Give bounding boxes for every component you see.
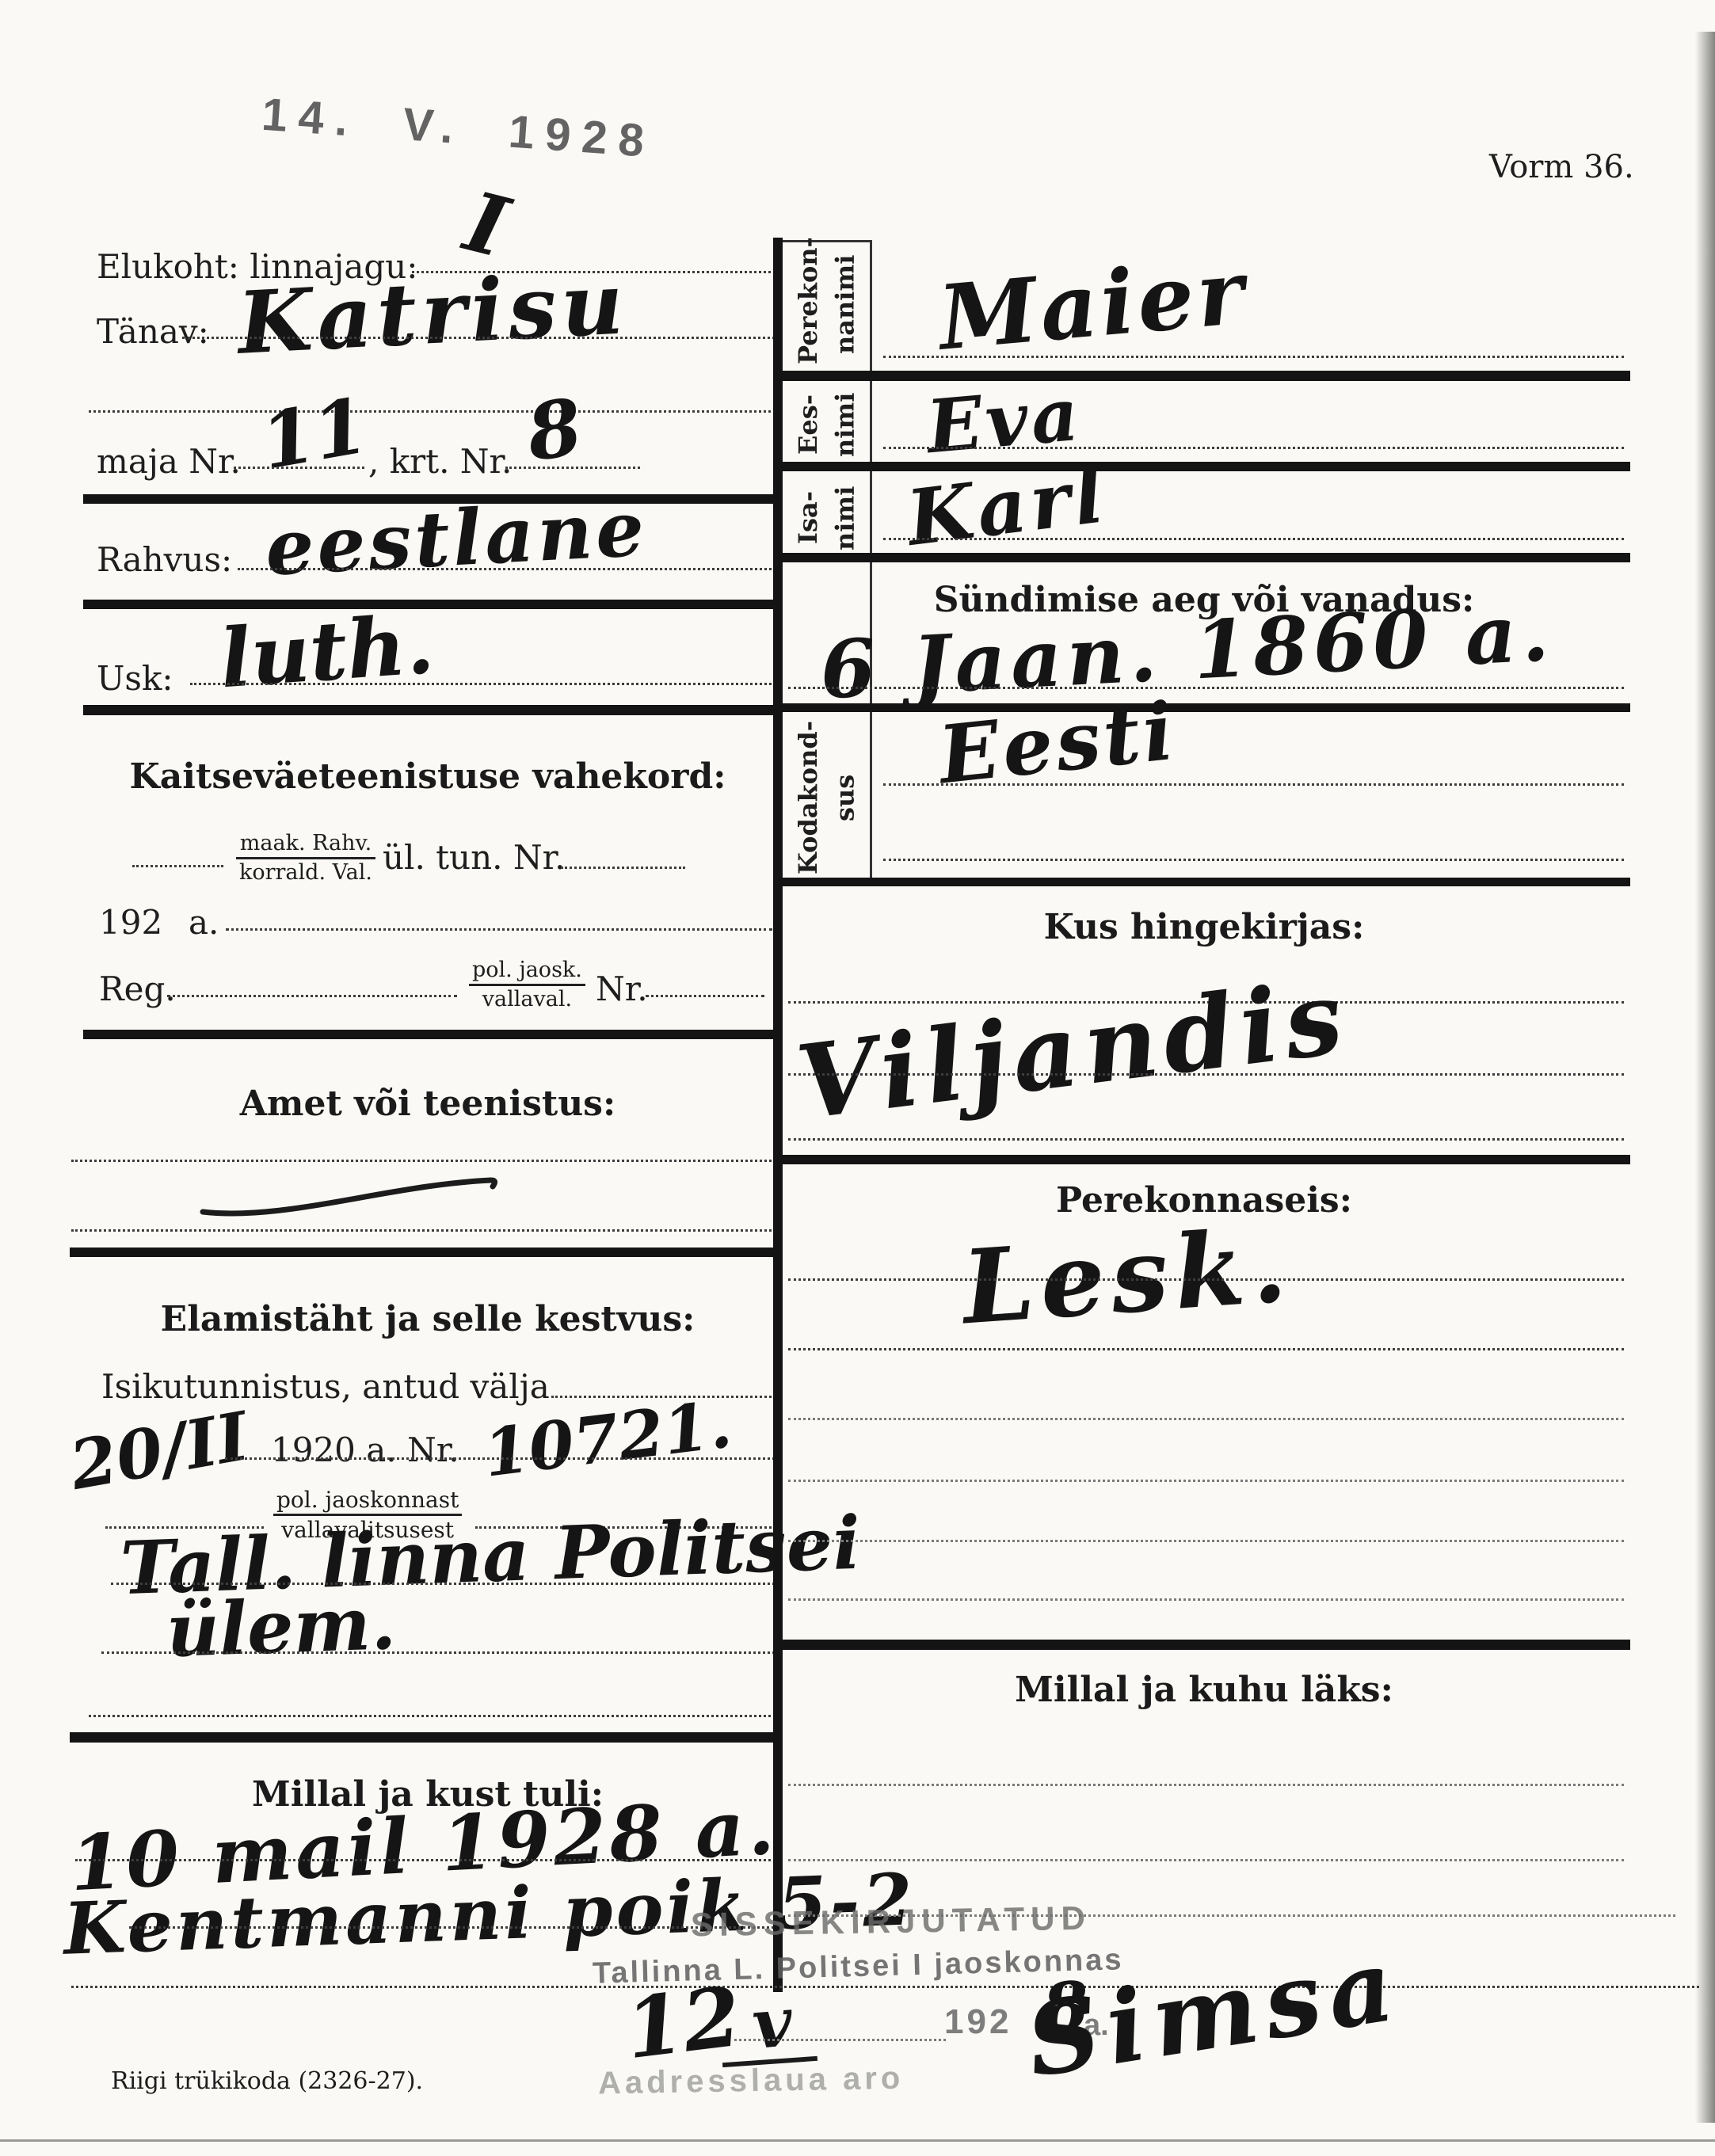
dotted-line: [734, 2039, 946, 2041]
dotted-line: [883, 356, 1624, 358]
section-rule: [83, 600, 780, 609]
kus-heading: Kus hingekirjas:: [808, 907, 1600, 947]
isikutunnistus-label: Isikutunnistus, antud välja: [101, 1367, 550, 1406]
dotted-line: [505, 467, 640, 469]
dotted-line: [788, 1348, 1624, 1350]
dotted-line: [234, 467, 364, 469]
pol-jaosk-fraction: pol. jaosk. vallaval.: [469, 957, 585, 1013]
dotted-line: [788, 687, 1624, 689]
dotted-line: [883, 859, 1624, 861]
usk-label: Usk:: [97, 659, 173, 698]
dotted-line: [225, 1457, 779, 1460]
dotted-line: [883, 783, 1624, 786]
tanav-label: Tänav:: [97, 312, 209, 351]
reg-nr-label: Nr.: [596, 969, 648, 1008]
dotted-line: [182, 337, 780, 339]
section-rule: [781, 1640, 1630, 1650]
isiku-nr-value: 10721.: [480, 1392, 734, 1487]
isanimi-label: Isa-nimi: [790, 482, 871, 554]
dotted-line: [883, 447, 1624, 449]
isanimi-value: Karl: [903, 457, 1111, 557]
dotted-line: [111, 1583, 780, 1585]
isiku-date-value: 20/II: [65, 1403, 253, 1499]
dotted-line: [883, 538, 1624, 540]
dotted-line: [71, 1229, 780, 1232]
registration-form-scan: 14. V. 1928 Vorm 36. Elukoht: linnajagu:…: [0, 0, 1715, 2156]
dotted-line: [129, 1926, 780, 1929]
reg-label: Reg.: [99, 969, 176, 1008]
entry-day-value: 12: [621, 1975, 745, 2071]
dotted-line: [788, 1138, 1624, 1141]
perekonnanimi-value: Maier: [936, 248, 1251, 364]
section-rule: [781, 1155, 1630, 1164]
eesnimi-label: Ees-nimi: [790, 388, 871, 461]
dotted-line: [89, 1715, 780, 1717]
dotted-line: [788, 1480, 1624, 1482]
dotted-line: [226, 928, 772, 931]
section-rule: [83, 705, 780, 715]
krt-nr-value: 8: [523, 389, 587, 474]
maja-nr-label: maja Nr.: [97, 442, 241, 481]
dotted-line: [788, 1784, 1624, 1786]
dotted-line: [132, 865, 223, 867]
dotted-line: [71, 1986, 1699, 1988]
ul-tun-label: ül. tun. Nr.: [383, 838, 565, 877]
form-number: Vorm 36.: [1489, 149, 1634, 185]
dotted-line: [75, 1859, 780, 1861]
dotted-line: [788, 1859, 1624, 1861]
section-rule: [781, 371, 1630, 381]
dotted-line: [788, 1598, 1624, 1601]
maak-rahv-fraction: maak. Rahv. korrald. Val.: [236, 830, 375, 886]
dotted-line: [788, 1540, 1624, 1542]
elukoht-value: I: [458, 181, 515, 270]
section-rule: [83, 1030, 780, 1039]
sissekirjutatud-stamp: SISSEKIRJUTATUD: [691, 1899, 1092, 1945]
dotted-line: [101, 1651, 780, 1654]
amet-heading: Amet või teenistus:: [71, 1084, 784, 1124]
dotted-line: [71, 1160, 780, 1162]
year-a-label: a.: [189, 903, 219, 942]
rahvus-value: eestlane: [264, 490, 649, 586]
perekonnanimi-label: Perekon-nanimi: [790, 244, 871, 364]
kaitse-heading: Kaitseväeteenistuse vahekord:: [71, 756, 784, 797]
scan-edge-bottom: [0, 2139, 1715, 2142]
dotted-line: [238, 568, 780, 570]
kodakondsus-label: Kodakond-sus: [790, 717, 871, 879]
eesnimi-value: Eva: [924, 378, 1084, 464]
tanav-value: Katrisu: [236, 261, 631, 367]
year-stamp: 192: [944, 2002, 1012, 2042]
dotted-line: [788, 1278, 1624, 1281]
handwritten-dash-mark: [198, 1172, 507, 1220]
usk-value: luth.: [218, 604, 436, 700]
scan-edge-right: [1695, 32, 1715, 2123]
printer-note: Riigi trükikoda (2326-27).: [111, 2067, 423, 2095]
kus-value: Viljandis: [792, 966, 1354, 1134]
section-rule: [70, 1248, 780, 1257]
dotted-line: [788, 1418, 1624, 1420]
section-rule: [781, 553, 1630, 562]
elamistaht-heading: Elamistäht ja selle kestvus:: [71, 1299, 784, 1339]
politsei-line2: ülem.: [165, 1587, 397, 1667]
dotted-line: [561, 867, 685, 869]
entry-month-mark: v: [749, 1988, 795, 2059]
laks-heading: Millal ja kuhu läks:: [808, 1670, 1600, 1710]
dotted-line: [788, 1073, 1624, 1076]
seis-value: Lesk.: [959, 1215, 1296, 1339]
year-192-label: 192: [99, 903, 162, 942]
dotted-line: [89, 410, 780, 413]
section-rule: [781, 703, 1630, 712]
kodakondsus-value: Eesti: [936, 691, 1180, 795]
section-rule: [781, 462, 1630, 471]
dotted-line: [646, 995, 764, 997]
rahvus-label: Rahvus:: [97, 540, 232, 579]
krt-nr-label: , krt. Nr.: [368, 442, 512, 481]
section-rule: [781, 878, 1630, 886]
dotted-line: [167, 995, 457, 997]
isiku-year-label: 1920 a. Nr.: [271, 1430, 459, 1469]
aadresslaua-stamp: Aadresslaua aro: [598, 2061, 905, 2102]
section-rule: [70, 1732, 780, 1743]
date-stamp: 14. V. 1928: [260, 88, 657, 169]
column-divider: [773, 238, 783, 1992]
dotted-line: [190, 683, 780, 685]
